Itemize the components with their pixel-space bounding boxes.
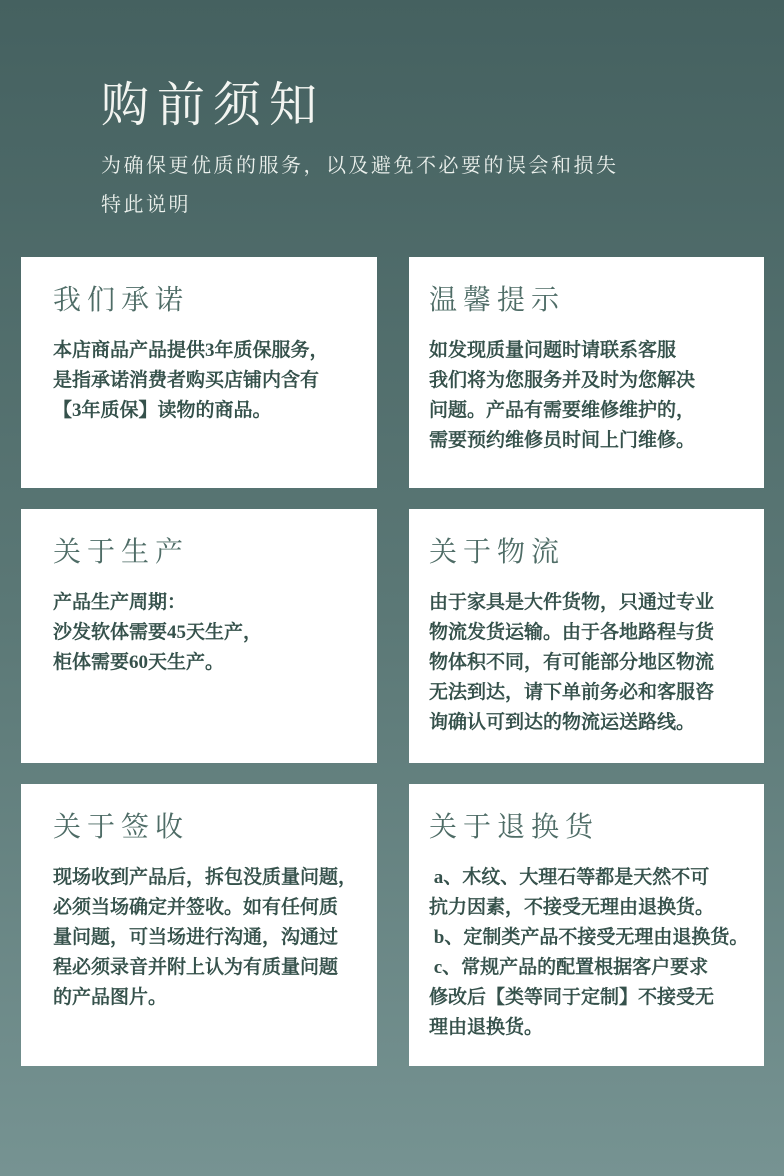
header: 购前须知 为确保更优质的服务，以及避免不必要的误会和损失 特此说明 [0, 0, 784, 225]
card-title: 温馨提示 [429, 286, 758, 316]
card-title: 关于物流 [429, 538, 758, 568]
card-promise: 我们承诺 本店商品产品提供3年质保服务， 是指承诺消费者购买店铺内含有 【3年质… [21, 257, 377, 488]
card-body: a、木纹、大理石等都是天然不可 抗力因素，不接受无理由退换货。 b、定制类产品不… [429, 863, 758, 1043]
card-title: 关于退换货 [429, 813, 758, 843]
card-title: 我们承诺 [53, 286, 365, 316]
card-title: 关于生产 [53, 538, 365, 568]
purchase-notice-page: { "colors": { "background_top": "#456160… [0, 0, 784, 1176]
card-body: 本店商品产品提供3年质保服务， 是指承诺消费者购买店铺内含有 【3年质保】读物的… [53, 336, 365, 426]
card-tips: 温馨提示 如发现质量问题时请联系客服 我们将为您服务并及时为您解决 问题。产品有… [409, 257, 764, 488]
card-body: 现场收到产品后，拆包没质量问题， 必须当场确定并签收。如有任何质 量问题，可当场… [53, 863, 365, 1013]
page-subtitle: 为确保更优质的服务，以及避免不必要的误会和损失 特此说明 [101, 147, 784, 225]
card-body: 如发现质量问题时请联系客服 我们将为您服务并及时为您解决 问题。产品有需要维修维… [429, 336, 758, 456]
card-returns: 关于退换货 a、木纹、大理石等都是天然不可 抗力因素，不接受无理由退换货。 b、… [409, 784, 764, 1066]
card-title: 关于签收 [53, 813, 365, 843]
notice-cards-grid: 我们承诺 本店商品产品提供3年质保服务， 是指承诺消费者购买店铺内含有 【3年质… [21, 257, 764, 1066]
card-signing: 关于签收 现场收到产品后，拆包没质量问题， 必须当场确定并签收。如有任何质 量问… [21, 784, 377, 1066]
card-body: 产品生产周期： 沙发软体需要45天生产， 柜体需要60天生产。 [53, 588, 365, 678]
card-body: 由于家具是大件货物，只通过专业 物流发货运输。由于各地路程与货 物体积不同，有可… [429, 588, 758, 738]
page-title: 购前须知 [101, 81, 784, 131]
subtitle-line-2: 特此说明 [101, 186, 784, 225]
subtitle-line-1: 为确保更优质的服务，以及避免不必要的误会和损失 [101, 147, 784, 186]
card-production: 关于生产 产品生产周期： 沙发软体需要45天生产， 柜体需要60天生产。 [21, 509, 377, 763]
card-logistics: 关于物流 由于家具是大件货物，只通过专业 物流发货运输。由于各地路程与货 物体积… [409, 509, 764, 763]
